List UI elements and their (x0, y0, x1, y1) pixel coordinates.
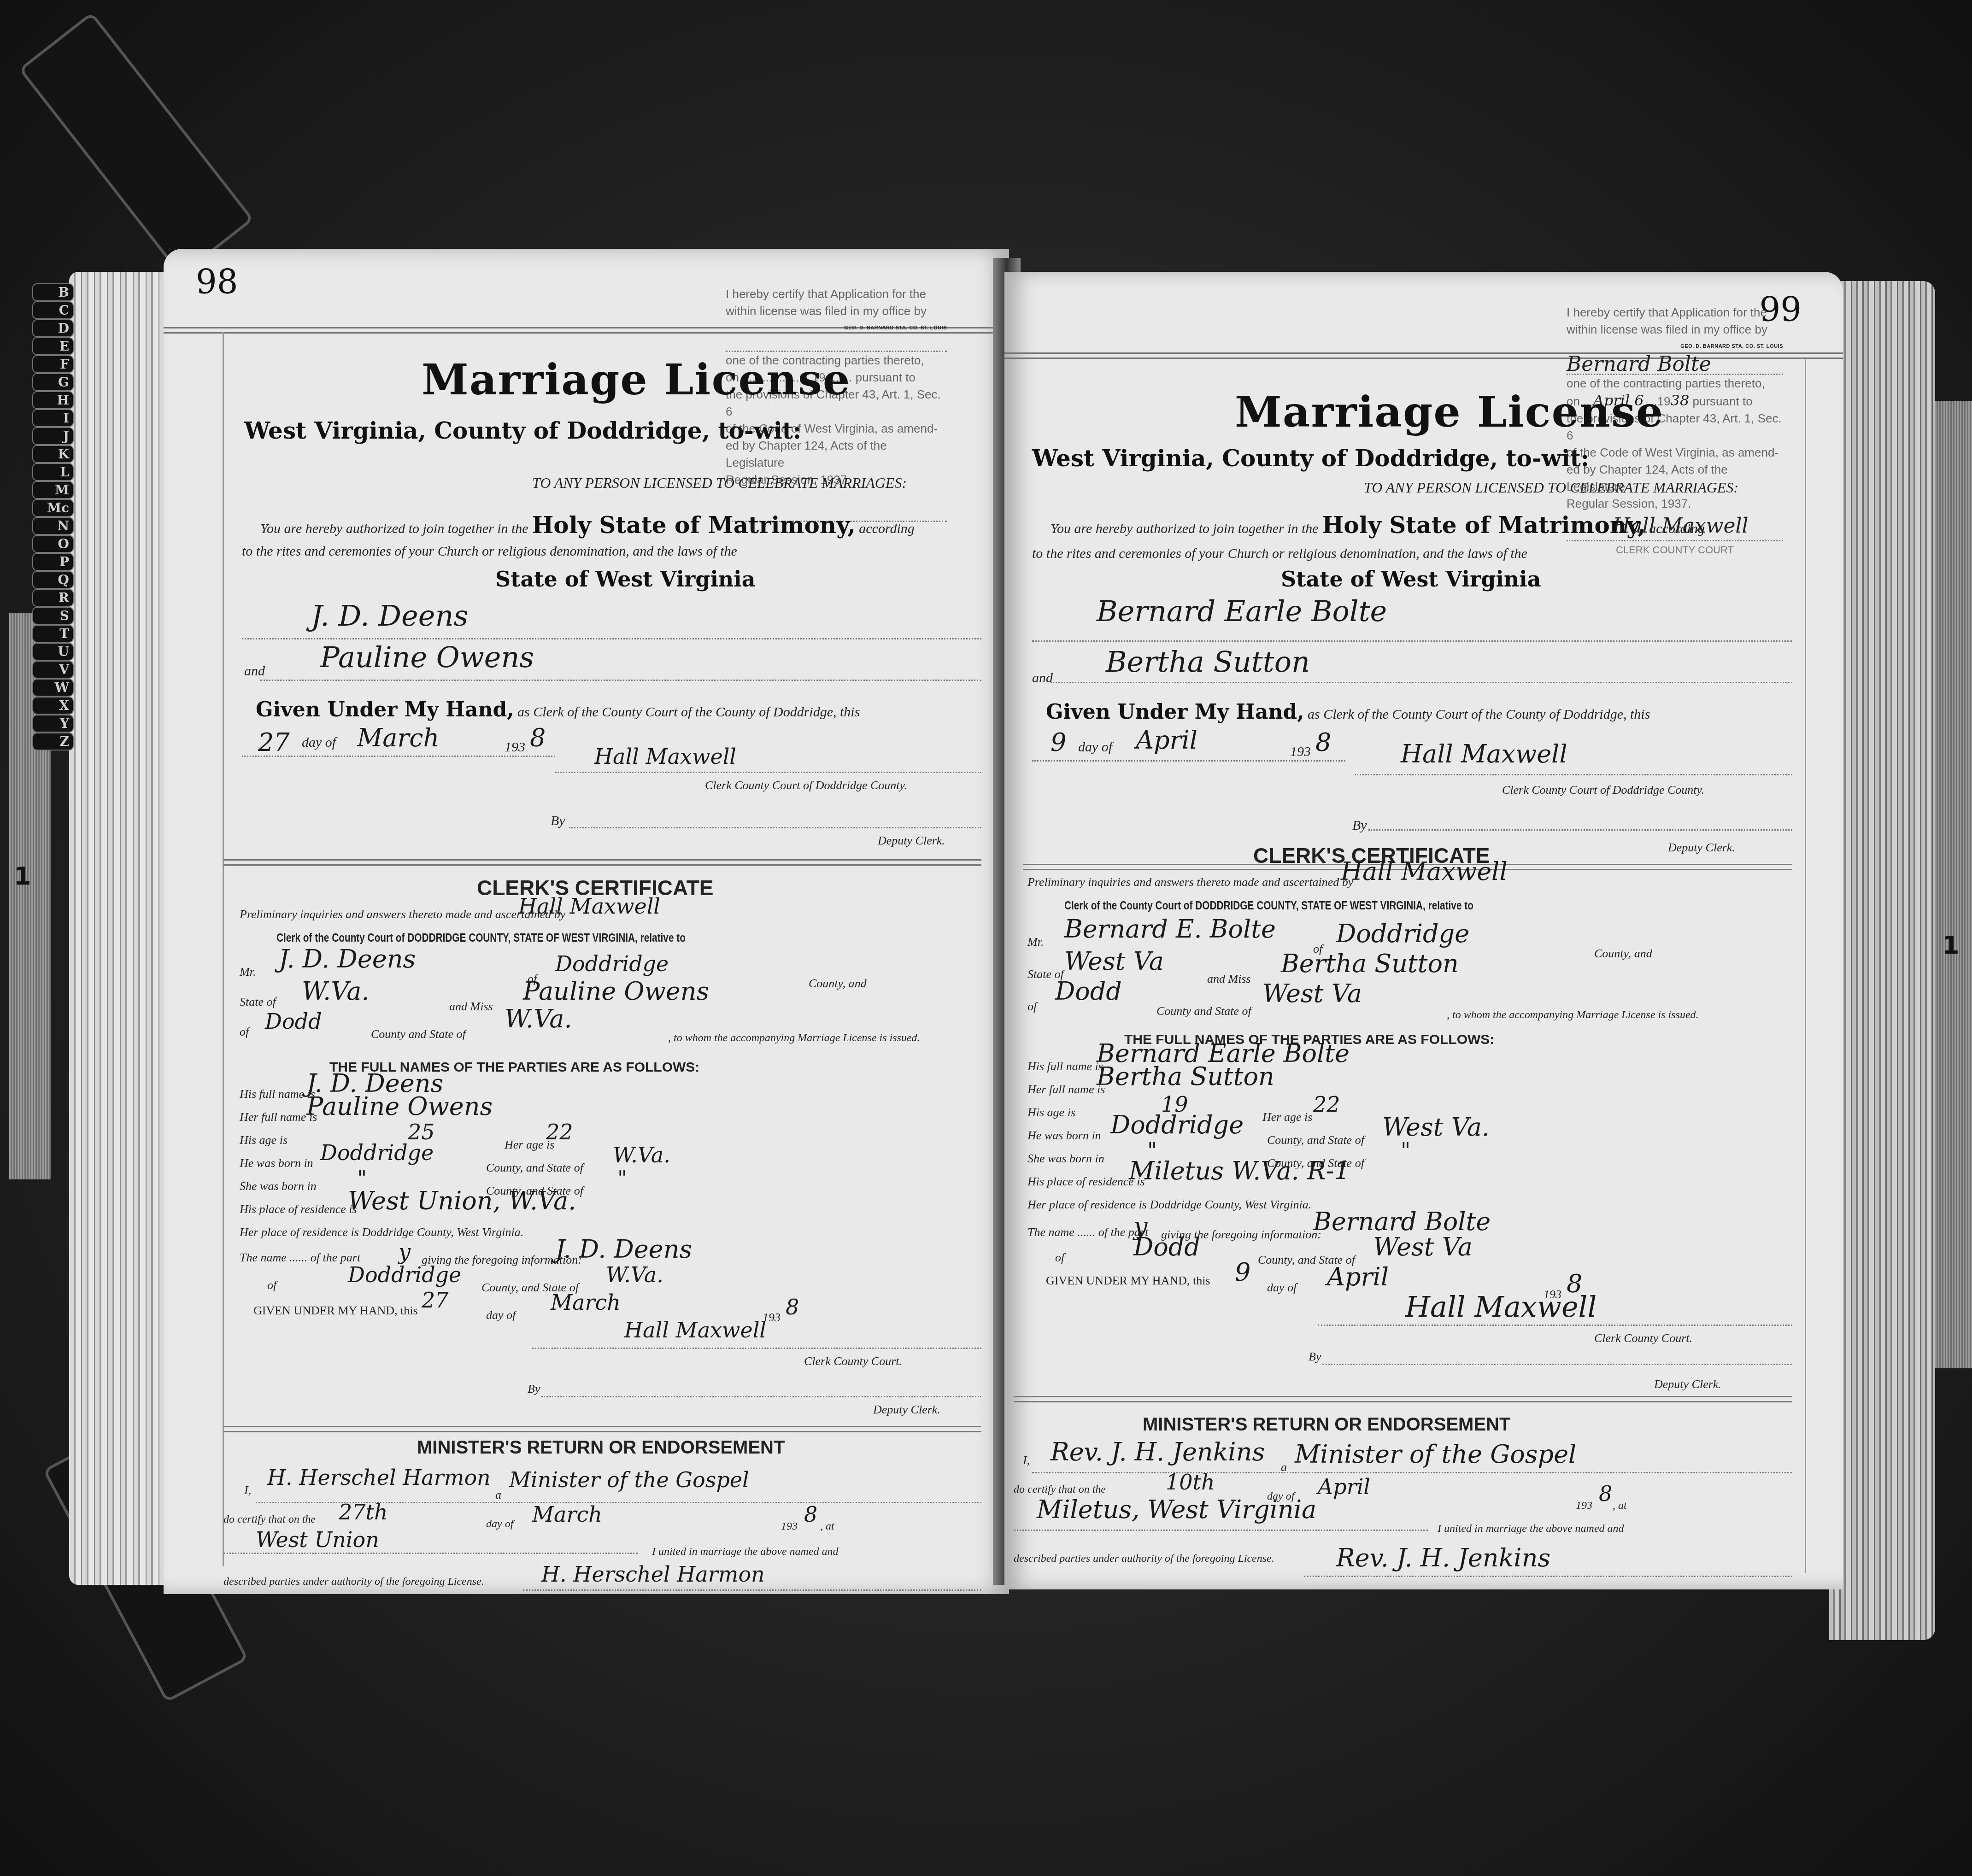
county-state-label: County, and State of (1267, 1133, 1364, 1147)
she-born-state: " (617, 1166, 627, 1190)
index-tab[interactable]: U (32, 643, 74, 661)
her-residence-label: Her place of residence is Doddridge Coun… (1027, 1198, 1311, 1212)
license-month: March (357, 723, 439, 752)
printer-imprint: GEO. D. BARNARD STA. CO. ST. LOUIS (726, 320, 947, 337)
deputy-label: Deputy Clerk. (878, 834, 945, 848)
marriage-year: 8 (804, 1502, 817, 1527)
do-certify-label: do certify that on the (223, 1513, 316, 1526)
and-miss-label: and Miss (449, 1000, 493, 1014)
clerk-signature: Hall Maxwell (1401, 739, 1567, 768)
his-full-name-label: His full name is (240, 1087, 315, 1101)
minister-title: Minister of the Gospel (1295, 1440, 1576, 1469)
minister-name: Rev. J. H. Jenkins (1051, 1437, 1265, 1466)
cert-month: April (1327, 1262, 1389, 1291)
state-of-wv: State of West Virginia (495, 567, 756, 592)
margin-line (1805, 357, 1806, 1573)
authorize-text: You are hereby authorized to join togeth… (260, 511, 915, 539)
index-tab[interactable]: C (32, 301, 74, 319)
she-born-label: She was born in (1027, 1152, 1104, 1166)
index-tab[interactable]: G (32, 373, 74, 391)
county-and-state-label: County and State of (1156, 1004, 1251, 1018)
marriage-day: 27th (339, 1500, 388, 1524)
index-tab[interactable]: I (32, 409, 74, 427)
by-label: By (528, 1382, 540, 1396)
described-label: described parties under authority of the… (1014, 1553, 1274, 1565)
cert-sig-line (1318, 1325, 1792, 1326)
day-of-label: day of (1267, 1281, 1297, 1295)
date-line (1032, 760, 1345, 762)
index-tab[interactable]: H (32, 391, 74, 409)
informant-name: Bernard Bolte (1313, 1207, 1491, 1236)
minister-name: H. Herschel Harmon (267, 1465, 491, 1490)
miss-name: Bertha Sutton (1281, 949, 1459, 978)
clerk-sig-line (1355, 774, 1792, 775)
authorize-text: You are hereby authorized to join togeth… (1051, 511, 1705, 539)
alphabet-index-tabs: B C D E F G H I J K L M Mc N O P Q R S T… (32, 283, 74, 750)
margin-line (223, 332, 224, 1566)
her-full-name-label: Her full name is (240, 1110, 317, 1124)
cloth-backdrop-right (1935, 401, 1972, 1368)
at-label: , at (1613, 1500, 1627, 1512)
license-year: 8 (1315, 728, 1331, 757)
his-residence: West Union, W.Va. (348, 1186, 576, 1215)
miss-county: Dodd (1055, 977, 1122, 1006)
cert-month: March (551, 1290, 621, 1315)
index-tab[interactable]: R (32, 589, 74, 607)
he-born-label: He was born in (240, 1156, 313, 1170)
marriage-place: Miletus, West Virginia (1037, 1495, 1316, 1524)
date-line (242, 756, 555, 757)
index-tab[interactable]: Mc (32, 499, 74, 517)
informant-name: J. D. Deens (555, 1235, 692, 1264)
authorize-text-2: to the rites and ceremonies of your Chur… (1032, 546, 1527, 562)
her-full-name: Pauline Owens (306, 1092, 493, 1121)
miss-county: Dodd (265, 1009, 322, 1034)
license-title: Marriage License (1235, 387, 1664, 437)
he-born-state: W.Va. (613, 1143, 670, 1167)
deputy-line (541, 1396, 981, 1397)
index-tab[interactable]: W (32, 679, 74, 697)
state-of-label: State of (240, 995, 276, 1009)
ascertained-by: Hall Maxwell (518, 894, 660, 919)
mr-county: Doddridge (1336, 919, 1469, 948)
informant-state: W.Va. (606, 1262, 663, 1287)
his-residence: Miletus W.Va. R-1 (1129, 1156, 1350, 1185)
minister-signature: H. Herschel Harmon (541, 1562, 765, 1587)
minister-title: Minister of the Gospel (509, 1467, 749, 1492)
clerk-signature: Hall Maxwell (594, 744, 736, 769)
county-state-label: County, and State of (486, 1161, 583, 1175)
minister-sig-line (523, 1589, 981, 1591)
section-rule (223, 859, 981, 866)
her-age: 22 (546, 1120, 573, 1144)
filed-by-field (726, 337, 947, 352)
section-rule (223, 1426, 981, 1432)
ministers-return-heading: MINISTER'S RETURN OR ENDORSEMENT (1143, 1414, 1510, 1435)
index-tab[interactable]: M (32, 481, 74, 499)
marriage-month: April (1318, 1474, 1370, 1499)
miss-name: Pauline Owens (523, 977, 709, 1006)
his-residence-label: His place of residence is (240, 1202, 357, 1216)
left-margin-mark: 1 (14, 862, 31, 891)
minister-line (1032, 1472, 1792, 1473)
i-label: I, (244, 1483, 251, 1497)
informant-county: Dodd (1133, 1232, 1200, 1261)
deputy-label: Deputy Clerk. (1654, 1378, 1721, 1391)
clerk-of-label: Clerk of the County Court of DODDRIDGE C… (1064, 898, 1473, 913)
informant-county: Doddridge (348, 1262, 461, 1287)
ascertained-by: Hall Maxwell (1341, 857, 1508, 886)
deputy-label: Deputy Clerk. (1668, 841, 1735, 855)
given-under-caps: GIVEN UNDER MY HAND, this (253, 1304, 418, 1318)
license-day: 27 (258, 728, 290, 757)
minister-sig-line (1304, 1576, 1792, 1577)
and-label: and (1032, 670, 1053, 686)
groom-name: Bernard Earle Bolte (1097, 594, 1387, 628)
year-prefix: 193 (781, 1520, 798, 1533)
to-whom-label: , to whom the accompanying Marriage Lice… (668, 1032, 920, 1044)
by-label: By (1352, 818, 1367, 833)
filed-by: Bernard Bolte (1567, 355, 1783, 375)
license-title: Marriage License (422, 355, 851, 405)
she-born-label: She was born in (240, 1179, 317, 1193)
marriage-year: 8 (1599, 1481, 1612, 1506)
index-tab[interactable]: Q (32, 571, 74, 589)
bride-name: Bertha Sutton (1106, 645, 1310, 679)
page-edges-right (1829, 281, 1935, 1640)
and-miss-label: and Miss (1207, 972, 1251, 986)
mr-state: West Va (1064, 947, 1164, 976)
his-age-label: His age is (240, 1133, 288, 1147)
preliminary-label: Preliminary inquiries and answers theret… (1027, 875, 1353, 889)
county-and-state-label: County and State of (371, 1027, 466, 1041)
groom-line (1032, 640, 1792, 642)
her-full-name-label: Her full name is (1027, 1083, 1105, 1096)
her-full-name: Bertha Sutton (1097, 1062, 1274, 1091)
cert-year: 8 (786, 1295, 799, 1319)
his-residence-label: His place of residence is (1027, 1175, 1145, 1189)
by-label: By (1309, 1350, 1321, 1364)
index-tab[interactable]: S (32, 607, 74, 625)
i-label: I, (1023, 1454, 1030, 1467)
her-age: 22 (1313, 1092, 1340, 1117)
place-line (223, 1553, 638, 1554)
index-tab[interactable]: O (32, 535, 74, 553)
license-day: 9 (1051, 728, 1066, 757)
index-tab[interactable]: X (32, 697, 74, 715)
marriage-place: West Union (256, 1527, 379, 1552)
index-tab[interactable]: Y (32, 715, 74, 733)
and-label: and (244, 663, 265, 679)
license-year: 8 (530, 723, 546, 752)
informant-state: West Va (1373, 1232, 1473, 1261)
county-and-label: County, and (1594, 947, 1652, 961)
marriage-day: 10th (1166, 1470, 1215, 1495)
his-age-label: His age is (1027, 1106, 1075, 1120)
county-and-label: County, and (809, 977, 867, 991)
cert-day: 27 (422, 1288, 449, 1313)
cert-clerk-signature: Hall Maxwell (1405, 1290, 1596, 1324)
cert-clerk-signature: Hall Maxwell (624, 1318, 766, 1343)
county-line: West Virginia, County of Doddridge, to-w… (244, 417, 801, 444)
index-tab[interactable]: L (32, 463, 74, 481)
mr-name: J. D. Deens (279, 944, 416, 973)
index-tab[interactable]: D (32, 319, 74, 337)
index-tab[interactable]: N (32, 517, 74, 535)
do-certify-label: do certify that on the (1014, 1483, 1106, 1496)
given-under-caps: GIVEN UNDER MY HAND, this (1046, 1274, 1210, 1288)
of-label: of (267, 1278, 276, 1292)
page-edges-left (69, 272, 175, 1585)
bride-line (1051, 682, 1792, 683)
her-residence-label: Her place of residence is Doddridge Coun… (240, 1225, 523, 1239)
groom-line (242, 638, 981, 639)
cert-day: 9 (1235, 1258, 1250, 1287)
page-number: 98 (196, 263, 238, 301)
mr-label: Mr. (240, 965, 256, 979)
described-label: described parties under authority of the… (223, 1576, 484, 1588)
united-label: I united in marriage the above named and (1438, 1523, 1624, 1535)
index-tab[interactable]: P (32, 553, 74, 571)
at-label: , at (820, 1520, 834, 1533)
license-month: April (1136, 726, 1197, 755)
cert-sig-line (532, 1348, 981, 1349)
index-tab[interactable]: V (32, 661, 74, 679)
given-under-line: Given Under My Hand, as Clerk of the Cou… (256, 698, 860, 721)
addressee: TO ANY PERSON LICENSED TO CELEBRATE MARR… (1364, 479, 1738, 496)
authorize-text-2: to the rites and ceremonies of your Chur… (242, 544, 737, 559)
he-born-county: Doddridge (1110, 1110, 1244, 1139)
right-margin-mark: 1 (1942, 931, 1960, 960)
clerk-county-court-label: Clerk County Court. (804, 1354, 902, 1368)
day-of-label: day of (486, 1518, 513, 1530)
day-of-label: day of (302, 735, 336, 750)
to-whom-label: , to whom the accompanying Marriage Lice… (1447, 1009, 1699, 1021)
day-of-label: day of (486, 1308, 516, 1322)
minister-signature: Rev. J. H. Jenkins (1336, 1543, 1550, 1572)
index-tab[interactable]: E (32, 337, 74, 355)
miss-state: West Va (1262, 979, 1362, 1008)
year-prefix: 193 (505, 739, 525, 755)
state-of-wv: State of West Virginia (1281, 567, 1541, 592)
deputy-line (1368, 829, 1792, 831)
county-line: West Virginia, County of Doddridge, to-w… (1032, 445, 1589, 472)
application-year: 38 (1671, 392, 1690, 409)
mr-name: Bernard E. Bolte (1064, 915, 1276, 944)
her-age-label: Her age is (1262, 1110, 1312, 1124)
index-tab[interactable]: K (32, 445, 74, 463)
of-label: of (1027, 1000, 1037, 1014)
deputy-line (569, 827, 981, 828)
clerk-county-court-label: Clerk County Court. (1594, 1331, 1692, 1345)
clerk-sig-label: Clerk County Court of Doddridge County. (1502, 783, 1704, 797)
he-born-county: Doddridge (320, 1140, 434, 1165)
right-page: 99 I hereby certify that Application for… (1004, 272, 1843, 1589)
informant-line: The name ...... of the part (1027, 1225, 1148, 1239)
given-under-line: Given Under My Hand, as Clerk of the Cou… (1046, 700, 1650, 724)
index-tab[interactable]: F (32, 355, 74, 373)
clerk-of-label: Clerk of the County Court of DODDRIDGE C… (276, 931, 686, 945)
index-tab[interactable]: J (32, 427, 74, 445)
section-rule (1014, 1396, 1792, 1402)
mr-state: W.Va. (302, 977, 370, 1006)
by-label: By (551, 813, 565, 829)
of-label: of (240, 1025, 249, 1039)
addressee: TO ANY PERSON LICENSED TO CELEBRATE MARR… (532, 475, 907, 492)
his-full-name-label: His full name is (1027, 1060, 1103, 1073)
bride-line (260, 680, 981, 681)
index-tab[interactable]: T (32, 625, 74, 643)
day-of-label: day of (1078, 739, 1112, 755)
clerk-sig-label: Clerk County Court of Doddridge County. (705, 779, 907, 792)
united-label: I united in marriage the above named and (652, 1546, 839, 1558)
preliminary-label: Preliminary inquiries and answers theret… (240, 908, 565, 921)
marriage-month: March (532, 1502, 602, 1527)
place-line (1014, 1530, 1428, 1531)
clerk-sig-line (555, 772, 981, 773)
deputy-line (1322, 1364, 1792, 1365)
year-prefix: 193 (1290, 744, 1311, 760)
bride-name: Pauline Owens (320, 640, 534, 674)
informant-line: The name ...... of the part (240, 1251, 360, 1265)
index-tab[interactable]: Z (32, 733, 74, 750)
he-born-state: West Va. (1382, 1113, 1490, 1142)
index-tab[interactable]: B (32, 283, 74, 301)
groom-name: J. D. Deens (311, 599, 468, 633)
mr-label: Mr. (1027, 935, 1044, 949)
left-page: 98 I hereby certify that Application for… (164, 249, 1009, 1594)
she-born-state: " (1401, 1138, 1410, 1163)
of-label: of (1055, 1251, 1064, 1265)
ministers-return-heading: MINISTER'S RETURN OR ENDORSEMENT (417, 1437, 785, 1458)
he-born-label: He was born in (1027, 1129, 1101, 1143)
mr-county: Doddridge (555, 951, 669, 976)
deputy-label: Deputy Clerk. (873, 1403, 940, 1417)
miss-state: W.Va. (505, 1004, 572, 1033)
year-prefix: 193 (1576, 1500, 1592, 1512)
party-suffix: y (399, 1239, 411, 1264)
a-label: a (495, 1488, 501, 1502)
